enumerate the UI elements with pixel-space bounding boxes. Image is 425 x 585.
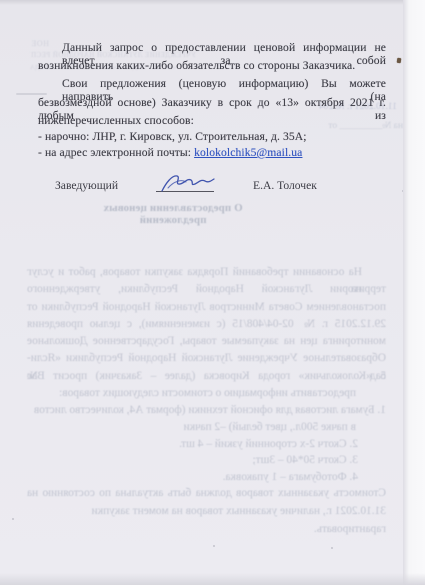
bleed-list-line: 1. Бумага листовая для офисной техники (… [27, 402, 386, 419]
scan-dot [213, 545, 215, 547]
bleed-body-line: территории Луганской Народной Республики… [27, 281, 386, 298]
scan-dot [331, 547, 333, 549]
scanned-letter-page: НОЕ УЧРЕЖДЕНИЕ ЛУГАНСКОЙ НАРОДНОЙ РЕСПУБ… [0, 0, 425, 585]
letter-line: возникновения каких-либо обязательств со… [38, 59, 386, 72]
bleed-body-line: 5 «Колокольчик» города Кировска (далее –… [27, 368, 386, 385]
bleed-list-line: 3. Скотч 50*40 – 3шт; [27, 452, 386, 469]
bleed-body-block: На основании требований Порядка закупки … [27, 264, 386, 521]
handwritten-signature [156, 169, 218, 195]
bleed-body-line: постановлением Совета Министров Луганско… [27, 299, 386, 316]
scan-edge-top [0, 0, 425, 5]
scan-edge-bottom [0, 573, 425, 585]
letter-line: нижеперечисленных способов: [38, 114, 386, 127]
bleed-body-line: 31.10.2021 г., наличие указанных товаров… [27, 503, 386, 521]
bleed-body-line: Образовательное Учреждение Луганской Нар… [27, 350, 386, 367]
bleed-subject-line: О предоставлении ценовых предложений [84, 202, 262, 226]
bleed-list-line: 4. Фотобумага – 1 упаковка. [27, 469, 386, 486]
bleed-list-line: 2. Скотч 2-х сторонний узкий – 4 шт. [27, 436, 386, 453]
scan-dash-artifact [16, 93, 47, 95]
signer-role: Заведующий [55, 179, 118, 192]
letter-line-email: - на адрес электронной почты: kolokolchi… [38, 146, 386, 159]
signature-row: Заведующий Е.А. Толочек [38, 177, 386, 201]
scan-speck [397, 58, 402, 64]
bleed-body-line: 29.12.2015 г. № 02-04/408/15 (с изменени… [27, 316, 386, 333]
signer-name: Е.А. Толочек [253, 179, 317, 192]
bleed-body-line: мониторинга цен на закупаемые товары, Го… [27, 333, 386, 350]
bleed-body-line: На основании требований Порядка закупки … [27, 264, 386, 281]
email-link[interactable]: kolokolchik5@mail.ua [194, 146, 302, 159]
bleed-list-line: в пачке 500л., цвет белый) –2 пачки [27, 419, 386, 436]
scan-edge-right [403, 0, 425, 585]
scan-dot [12, 518, 14, 520]
bleed-body-line: предоставить информацию о стоимости след… [27, 385, 386, 402]
email-line-prefix: - на адрес электронной почты: [38, 146, 194, 159]
letter-line-delivery-address: - нарочно: ЛНР, г. Кировск, ул. Строител… [38, 130, 386, 143]
bleed-body-line: Стоимость указанных товаров должна быть … [27, 485, 386, 503]
